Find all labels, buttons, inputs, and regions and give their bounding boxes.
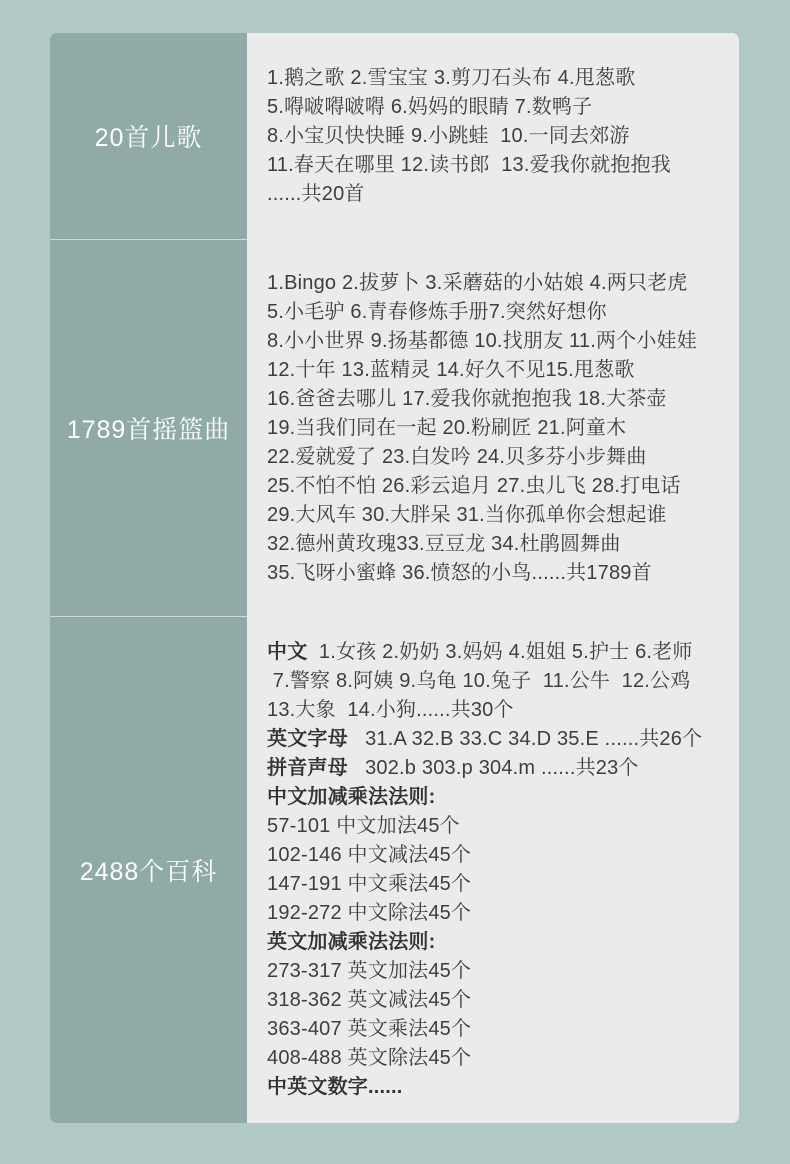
line-text: 8.小宝贝快快睡 9.小跳蛙 10.一同去郊游 — [267, 125, 630, 147]
content-line: 192-272 中文除法45个 — [267, 899, 725, 928]
line-text: 192-272 中文除法45个 — [267, 902, 471, 924]
line-text: 102-146 中文减法45个 — [267, 844, 471, 866]
line-text: 25.不怕不怕 26.彩云追月 27.虫儿飞 28.打电话 — [267, 475, 681, 497]
content-line: 8.小宝贝快快睡 9.小跳蛙 10.一同去郊游 — [267, 122, 725, 151]
content-line: 22.爱就爱了 23.白发吟 24.贝多芬小步舞曲 — [267, 443, 725, 472]
content-line: 273-317 英文加法45个 — [267, 957, 725, 986]
content-line: 363-407 英文乘法45个 — [267, 1015, 725, 1044]
content-line: 102-146 中文减法45个 — [267, 841, 725, 870]
line-text: 147-191 中文乘法45个 — [267, 873, 471, 895]
line-text: 1.Bingo 2.拔萝卜 3.采蘑菇的小姑娘 4.两只老虎 — [267, 272, 688, 294]
song-list-card: 20首儿歌 1789首摇篮曲 2488个百科 1.鹅之歌 2.雪宝宝 3.剪刀石… — [50, 33, 739, 1123]
line-text: 273-317 英文加法45个 — [267, 960, 471, 982]
line-text: 12.十年 13.蓝精灵 14.好久不见15.甩葱歌 — [267, 359, 635, 381]
line-text: 363-407 英文乘法45个 — [267, 1018, 471, 1040]
line-text: 5.小毛驴 6.青春修炼手册7.突然好想你 — [267, 301, 607, 323]
content-line: 12.十年 13.蓝精灵 14.好久不见15.甩葱歌 — [267, 356, 725, 385]
line-text: 32.德州黄玫瑰33.豆豆龙 34.杜鹃圆舞曲 — [267, 533, 621, 555]
line-text: 11.春天在哪里 12.读书郎 13.爱我你就抱抱我 — [267, 154, 671, 176]
line-text: 29.大风车 30.大胖呆 31.当你孤单你会想起谁 — [267, 504, 667, 526]
sidebar-section-children-songs: 20首儿歌 — [50, 33, 247, 240]
line-heading-text: 中英文数字...... — [267, 1076, 403, 1098]
content-line: 35.飞呀小蜜蜂 36.愤怒的小鸟......共1789首 — [267, 559, 725, 588]
line-text: 35.飞呀小蜜蜂 36.愤怒的小鸟......共1789首 — [267, 562, 652, 584]
line-text: 318-362 英文减法45个 — [267, 989, 471, 1011]
line-text: 5.嘚啵嘚啵嘚 6.妈妈的眼睛 7.数鸭子 — [267, 96, 592, 118]
category-sidebar: 20首儿歌 1789首摇篮曲 2488个百科 — [50, 33, 247, 1123]
line-heading-text: 英文加减乘法法则: — [267, 931, 435, 953]
line-text: 7.警察 8.阿姨 9.乌龟 10.兔子 11.公牛 12.公鸡 — [267, 670, 690, 692]
line-text: 22.爱就爱了 23.白发吟 24.贝多芬小步舞曲 — [267, 446, 647, 468]
content-section-children-songs: 1.鹅之歌 2.雪宝宝 3.剪刀石头布 4.甩葱歌5.嘚啵嘚啵嘚 6.妈妈的眼睛… — [247, 33, 739, 240]
content-line: 中文加减乘法法则: — [267, 783, 725, 812]
content-line: 8.小小世界 9.扬基都德 10.找朋友 11.两个小娃娃 — [267, 327, 725, 356]
content-line: 147-191 中文乘法45个 — [267, 870, 725, 899]
content-line: 57-101 中文加法45个 — [267, 812, 725, 841]
line-heading-text: 拼音声母 — [267, 757, 348, 779]
content-line: 13.大象 14.小狗......共30个 — [267, 696, 725, 725]
category-label-encyclopedia: 2488个百科 — [80, 852, 218, 888]
line-text: 19.当我们同在一起 20.粉刷匠 21.阿童木 — [267, 417, 626, 439]
content-section-encyclopedia: 中文 1.女孩 2.奶奶 3.妈妈 4.姐姐 5.护士 6.老师 7.警察 8.… — [247, 617, 739, 1123]
category-label-lullabies: 1789首摇篮曲 — [67, 410, 231, 446]
content-line: 5.小毛驴 6.青春修炼手册7.突然好想你 — [267, 298, 725, 327]
content-line: 25.不怕不怕 26.彩云追月 27.虫儿飞 28.打电话 — [267, 472, 725, 501]
song-list-content: 1.鹅之歌 2.雪宝宝 3.剪刀石头布 4.甩葱歌5.嘚啵嘚啵嘚 6.妈妈的眼睛… — [247, 33, 739, 1123]
content-line: 中英文数字...... — [267, 1073, 725, 1102]
content-line: 中文 1.女孩 2.奶奶 3.妈妈 4.姐姐 5.护士 6.老师 — [267, 638, 725, 667]
line-heading-text: 英文字母 — [267, 728, 348, 750]
content-line: 英文字母 31.A 32.B 33.C 34.D 35.E ......共26个 — [267, 725, 725, 754]
content-line: 1.Bingo 2.拔萝卜 3.采蘑菇的小姑娘 4.两只老虎 — [267, 269, 725, 298]
content-line: 11.春天在哪里 12.读书郎 13.爱我你就抱抱我 — [267, 151, 725, 180]
line-text: 302.b 303.p 304.m ......共23个 — [348, 757, 639, 779]
line-text: 1.女孩 2.奶奶 3.妈妈 4.姐姐 5.护士 6.老师 — [307, 641, 692, 663]
content-line: 32.德州黄玫瑰33.豆豆龙 34.杜鹃圆舞曲 — [267, 530, 725, 559]
line-text: 8.小小世界 9.扬基都德 10.找朋友 11.两个小娃娃 — [267, 330, 697, 352]
content-line: 318-362 英文减法45个 — [267, 986, 725, 1015]
content-line: 408-488 英文除法45个 — [267, 1044, 725, 1073]
content-line: 7.警察 8.阿姨 9.乌龟 10.兔子 11.公牛 12.公鸡 — [267, 667, 725, 696]
line-text: 1.鹅之歌 2.雪宝宝 3.剪刀石头布 4.甩葱歌 — [267, 67, 635, 89]
line-text: 13.大象 14.小狗......共30个 — [267, 699, 514, 721]
line-text: 31.A 32.B 33.C 34.D 35.E ......共26个 — [348, 728, 702, 750]
content-line: 16.爸爸去哪儿 17.爱我你就抱抱我 18.大茶壶 — [267, 385, 725, 414]
content-line: 1.鹅之歌 2.雪宝宝 3.剪刀石头布 4.甩葱歌 — [267, 64, 725, 93]
content-line: ......共20首 — [267, 180, 725, 209]
content-line: 29.大风车 30.大胖呆 31.当你孤单你会想起谁 — [267, 501, 725, 530]
content-line: 5.嘚啵嘚啵嘚 6.妈妈的眼睛 7.数鸭子 — [267, 93, 725, 122]
content-line: 19.当我们同在一起 20.粉刷匠 21.阿童木 — [267, 414, 725, 443]
sidebar-section-encyclopedia: 2488个百科 — [50, 617, 247, 1123]
line-heading-text: 中文加减乘法法则: — [267, 786, 435, 808]
category-label-children-songs: 20首儿歌 — [95, 118, 203, 154]
content-section-lullabies: 1.Bingo 2.拔萝卜 3.采蘑菇的小姑娘 4.两只老虎5.小毛驴 6.青春… — [247, 240, 739, 617]
line-heading-text: 中文 — [267, 641, 307, 663]
line-text: ......共20首 — [267, 183, 365, 205]
sidebar-section-lullabies: 1789首摇篮曲 — [50, 240, 247, 617]
line-text: 57-101 中文加法45个 — [267, 815, 460, 837]
content-line: 拼音声母 302.b 303.p 304.m ......共23个 — [267, 754, 725, 783]
line-text: 16.爸爸去哪儿 17.爱我你就抱抱我 18.大茶壶 — [267, 388, 667, 410]
content-line: 英文加减乘法法则: — [267, 928, 725, 957]
line-text: 408-488 英文除法45个 — [267, 1047, 471, 1069]
